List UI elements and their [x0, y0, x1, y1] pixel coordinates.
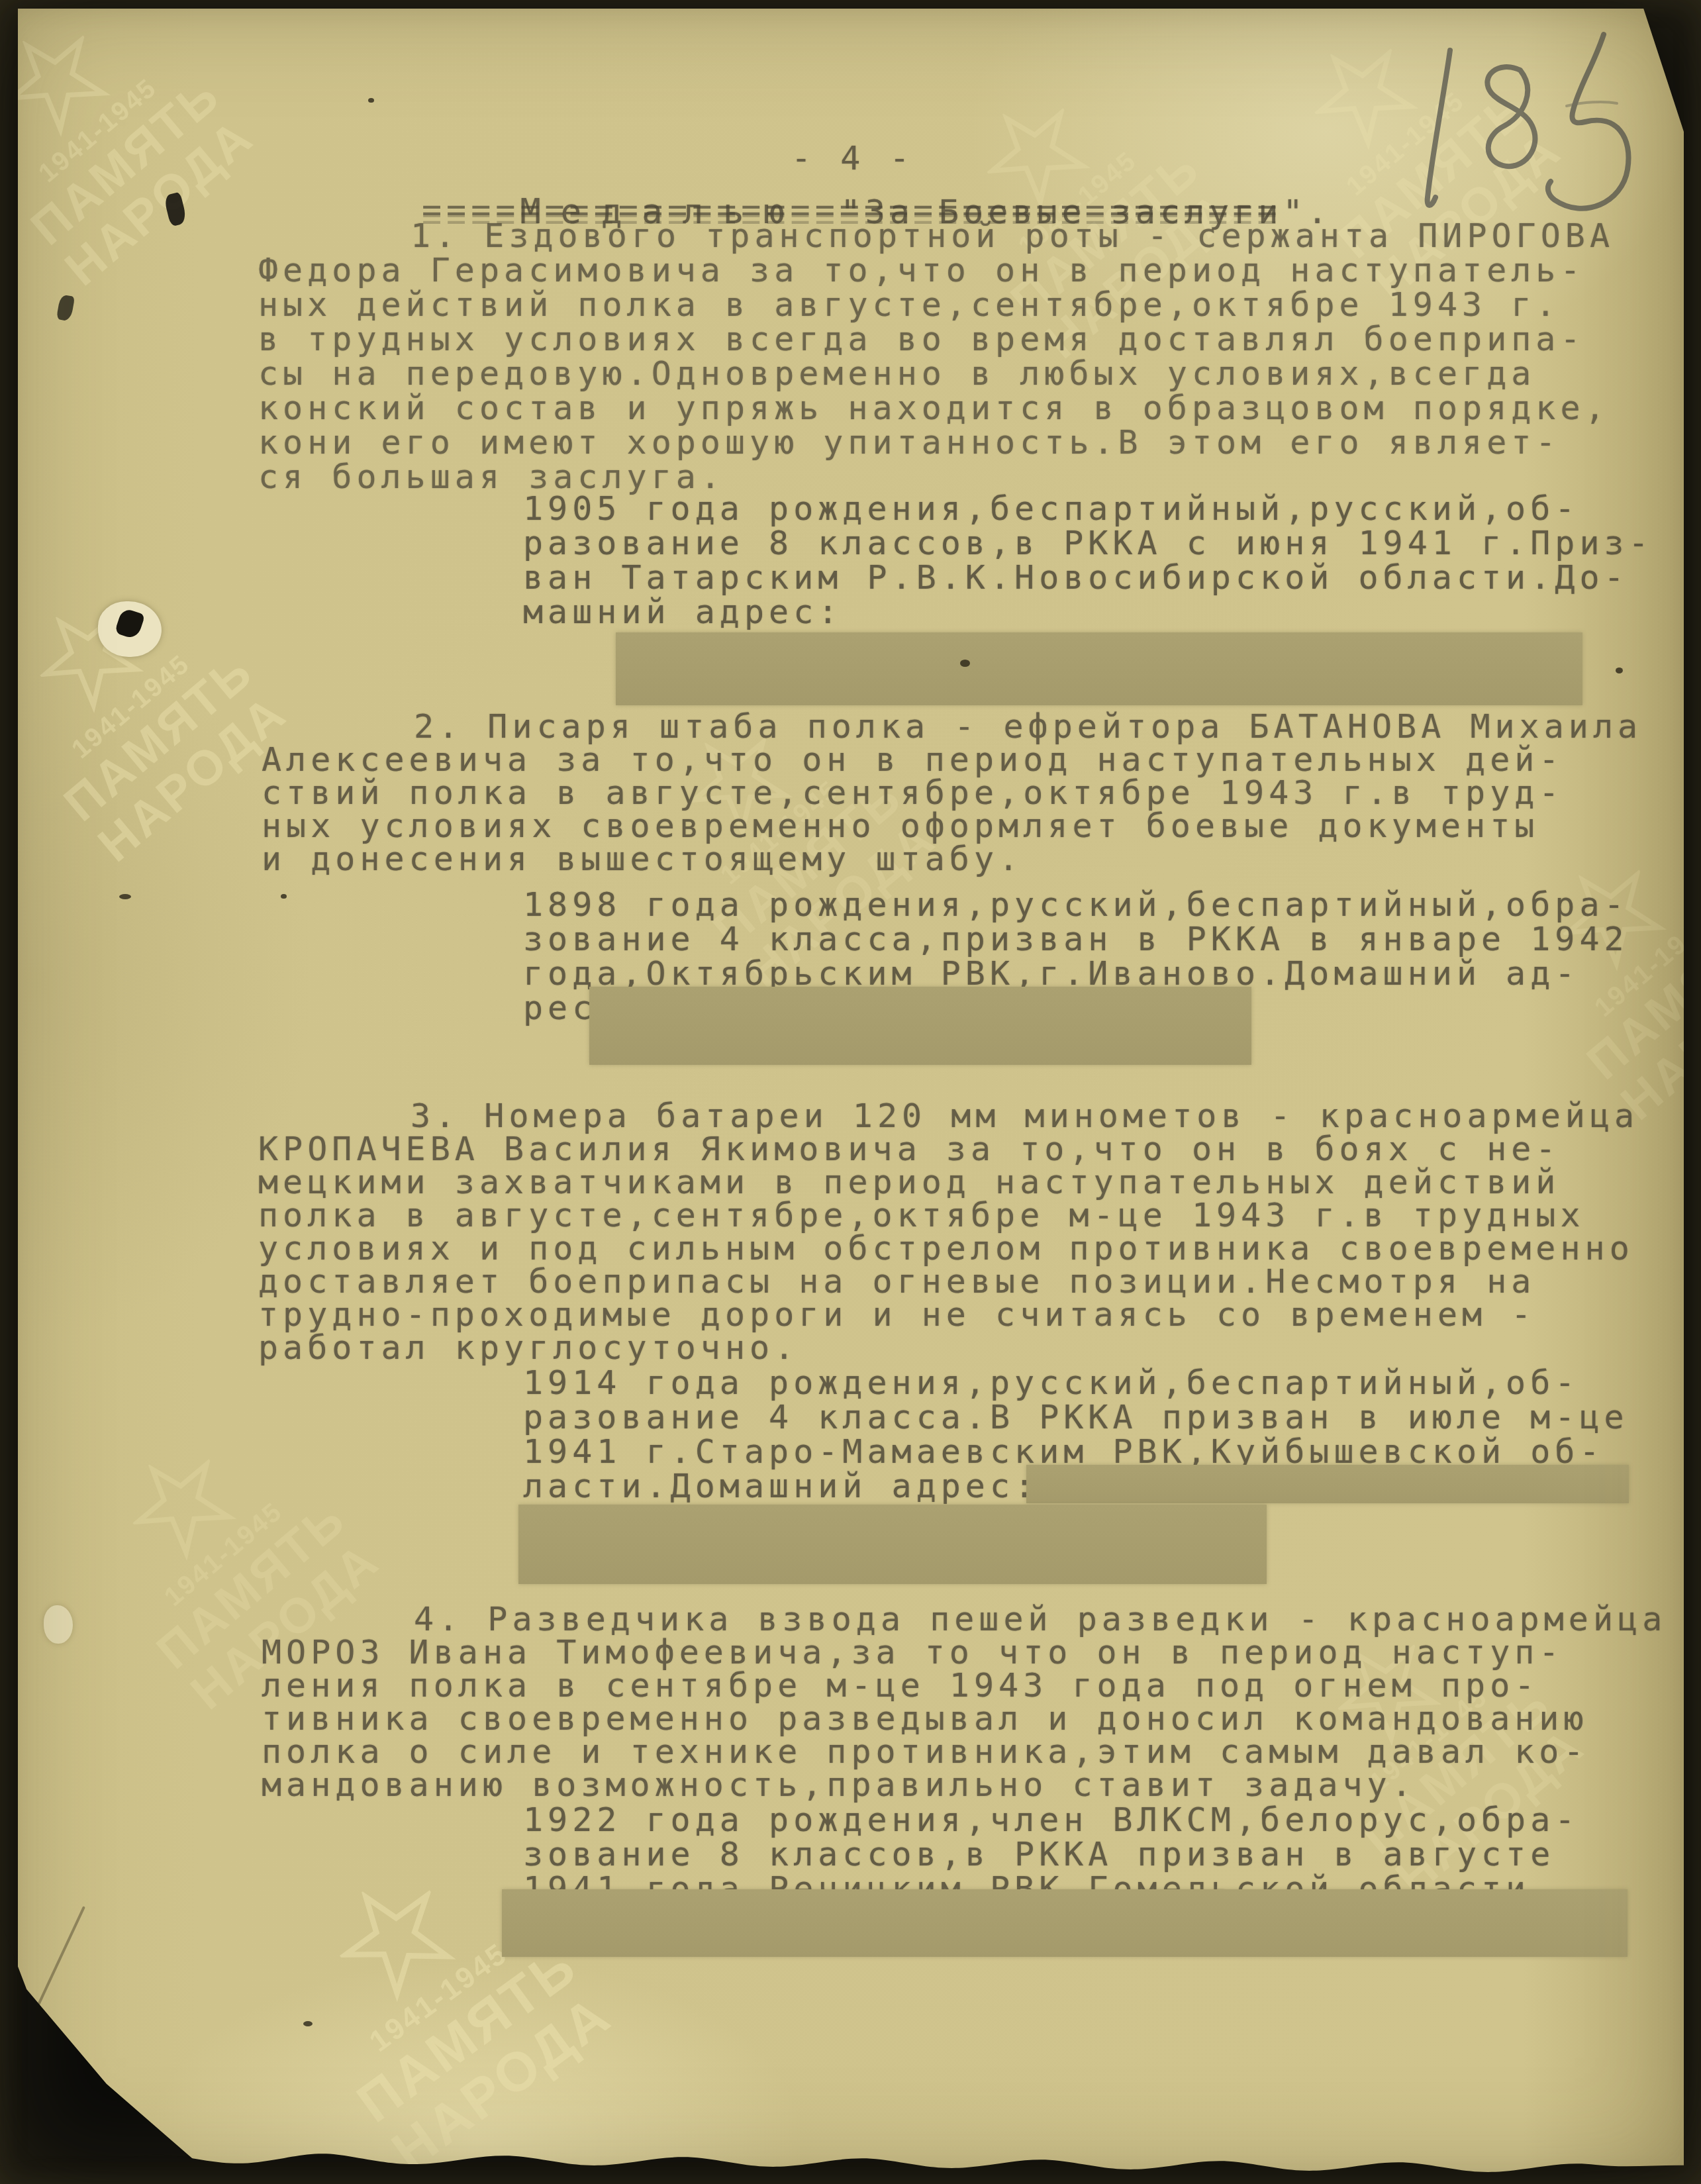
- text-line: работал круглосуточно.: [258, 1331, 1639, 1364]
- redaction-block: [1026, 1465, 1629, 1503]
- scan-edge-right: [1684, 0, 1701, 2184]
- text-line: мецкими захватчиками в период наступател…: [258, 1166, 1639, 1199]
- text-line: Федора Герасимовича за то,что он в перио…: [258, 253, 1614, 287]
- text-line: КРОПАЧЕВА Василия Якимовича за то,что он…: [258, 1132, 1639, 1166]
- text-line: разование 4 класса.В РККА призван в июле…: [523, 1400, 1629, 1434]
- text-line: 1914 года рождения,русский,беспартийный,…: [523, 1365, 1629, 1400]
- text-line: в трудных условиях всегда во время доста…: [258, 322, 1614, 356]
- text-line: тивника своевременно разведывал и доноси…: [262, 1702, 1667, 1735]
- text-line: ления полка в сентябре м-це 1943 года по…: [262, 1669, 1667, 1702]
- text-line: кони его имеют хорошую упитанность.В это…: [258, 425, 1614, 460]
- scan-edge-left: [0, 0, 18, 2184]
- text-line: конский состав и упряжь находится в обра…: [258, 391, 1614, 425]
- text-line: 1941 г.Старо-Мамаевским РВК,Куйбышевской…: [523, 1434, 1629, 1469]
- text-line: 1898 года рождения,русский,беспартийный,…: [523, 887, 1629, 922]
- punch-hole: [44, 1605, 73, 1644]
- text-line: 1905 года рождения,беспартийный,русский,…: [523, 491, 1653, 526]
- text-line: года,Октябрьским РВК,г.Иваново.Домашний …: [523, 956, 1629, 991]
- text-line: доставляет боеприпасы на огневые позиции…: [258, 1265, 1639, 1298]
- redaction-block: [616, 632, 1582, 705]
- redaction-block: [502, 1889, 1628, 1957]
- text-line: разование 8 классов,в РККА с июня 1941 г…: [523, 526, 1653, 560]
- text-line: Алексеевича за то,что он в период наступ…: [262, 743, 1642, 776]
- text-line: зование 4 класса,призван в РККА в январе…: [523, 922, 1629, 956]
- text-line: ных действий полка в августе,сентябре,ок…: [258, 287, 1614, 322]
- text-line: машний адрес:: [523, 595, 1653, 629]
- scan-edge-top: [0, 0, 1701, 9]
- scanned-document-page: 1941-1945 ПАМЯТЬ НАРОДА 1941-1945 ПАМЯТЬ…: [0, 0, 1701, 2184]
- folio-number-handwritten: [1410, 28, 1649, 233]
- archive-watermark: 1941-1945 ПАМЯТЬ НАРОДА: [0, 545, 295, 872]
- text-line: полка о силе и технике противника,этим с…: [262, 1735, 1667, 1768]
- text-line: 3. Номера батареи 120 мм минометов - кра…: [258, 1099, 1639, 1132]
- redaction-block: [518, 1505, 1267, 1584]
- text-line: 1. Ездового транспортной роты - сержанта…: [258, 219, 1614, 253]
- entry-1-bio: 1905 года рождения,беспартийный,русский,…: [523, 491, 1653, 629]
- archive-watermark: 1941-1945 ПАМЯТЬ НАРОДА: [0, 0, 262, 295]
- entry-3-text: 3. Номера батареи 120 мм минометов - кра…: [258, 1099, 1639, 1364]
- ink-blot: [56, 294, 75, 321]
- scan-edge-corner: [1641, 0, 1701, 162]
- text-line: мандованию возможность,правильно ставит …: [262, 1768, 1667, 1801]
- text-line: 2. Писаря штаба полка - ефрейтора БАТАНО…: [262, 710, 1642, 743]
- text-line: полка в августе,сентябре,октябре м-це 19…: [258, 1199, 1639, 1232]
- redaction-block: [589, 987, 1251, 1065]
- text-line: ных условиях своевременно оформляет боев…: [262, 809, 1642, 842]
- text-line: зование 8 классов,в РККА призван в авгус…: [523, 1837, 1579, 1871]
- text-line: ван Татарским Р.В.К.Новосибирской област…: [523, 560, 1653, 595]
- entry-1-text: 1. Ездового транспортной роты - сержанта…: [258, 219, 1614, 494]
- entry-2-text: 2. Писаря штаба полка - ефрейтора БАТАНО…: [262, 710, 1642, 875]
- text-line: 4. Разведчика взвода пешей разведки - кр…: [262, 1603, 1667, 1636]
- entry-4-text: 4. Разведчика взвода пешей разведки - кр…: [262, 1603, 1667, 1801]
- torn-bottom-edge: [0, 2136, 1701, 2184]
- text-line: и донесения вышестоящему штабу.: [262, 842, 1642, 875]
- text-line: трудно-проходимые дороги и не считаясь с…: [258, 1298, 1639, 1331]
- text-line: ствий полка в августе,сентябре,октябре 1…: [262, 776, 1642, 809]
- text-line: условиях и под сильным обстрелом противн…: [258, 1232, 1639, 1265]
- text-line: МОРОЗ Ивана Тимофеевича,за то что он в п…: [262, 1636, 1667, 1669]
- text-line: 1922 года рождения,член ВЛКСМ,белорус,об…: [523, 1803, 1579, 1837]
- text-line: сы на передовую.Одновременно в любых усл…: [258, 356, 1614, 391]
